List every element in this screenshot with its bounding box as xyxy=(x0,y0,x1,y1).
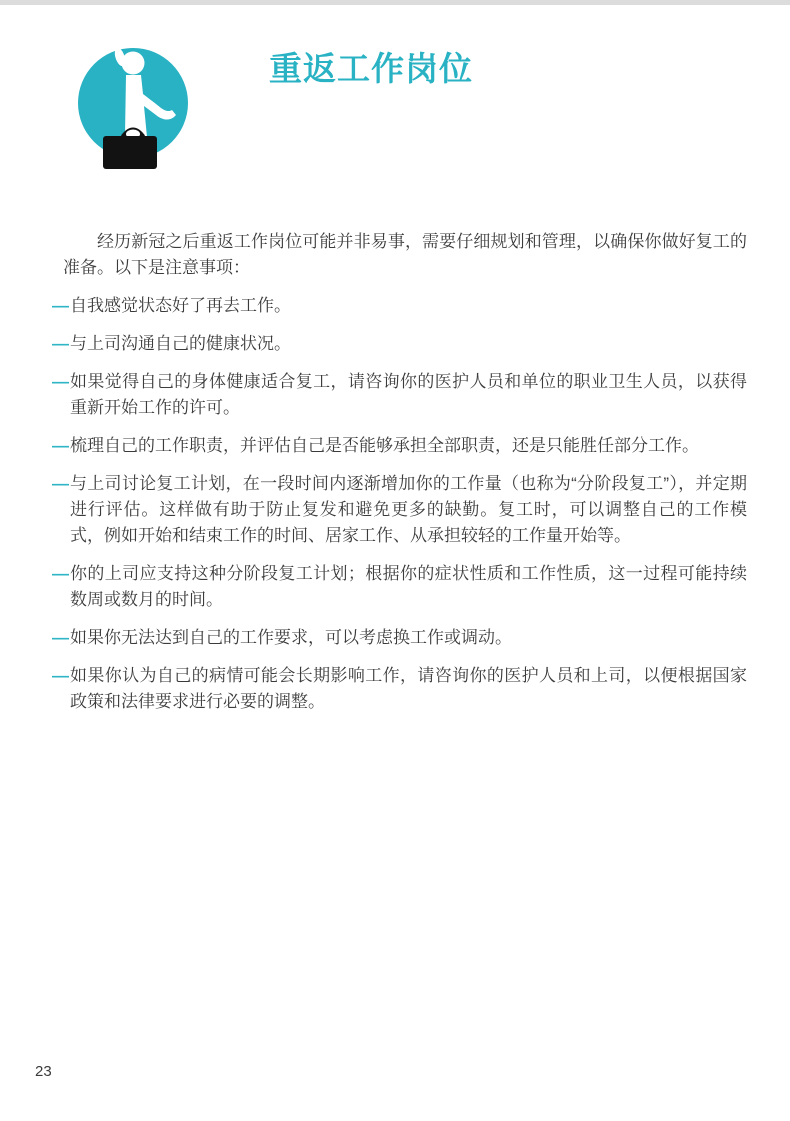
dash-bullet-marker: — xyxy=(52,293,70,319)
bullet-text: 你的上司应支持这种分阶段复工计划；根据你的症状性质和工作性质，这一过程可能持续数… xyxy=(70,561,747,613)
woman-with-briefcase-icon xyxy=(75,45,190,175)
dash-bullet-marker: — xyxy=(52,561,70,587)
page-header: 重返工作岗位 xyxy=(0,5,790,183)
list-item: — 与上司沟通自己的健康状况。 xyxy=(63,331,747,357)
list-item: — 与上司讨论复工计划，在一段时间内逐渐增加你的工作量（也称为“分阶段复工”），… xyxy=(63,471,747,549)
page-number: 23 xyxy=(35,1063,52,1080)
list-item: — 你的上司应支持这种分阶段复工计划；根据你的症状性质和工作性质，这一过程可能持… xyxy=(63,561,747,613)
bullet-text: 与上司沟通自己的健康状况。 xyxy=(70,331,291,357)
bullet-text: 梳理自己的工作职责，并评估自己是否能够承担全部职责，还是只能胜任部分工作。 xyxy=(70,433,699,459)
dash-bullet-marker: — xyxy=(52,433,70,459)
bullet-text: 自我感觉状态好了再去工作。 xyxy=(70,293,291,319)
bullet-list: — 自我感觉状态好了再去工作。 — 与上司沟通自己的健康状况。 — 如果觉得自己… xyxy=(63,293,747,715)
document-page: 重返工作岗位 经历新冠之后重返工作岗位可能并非易事，需要仔细规划和管理，以确保你… xyxy=(0,5,790,1121)
dash-bullet-marker: — xyxy=(52,471,70,497)
list-item: — 自我感觉状态好了再去工作。 xyxy=(63,293,747,319)
bullet-text: 如果觉得自己的身体健康适合复工，请咨询你的医护人员和单位的职业卫生人员，以获得重… xyxy=(70,369,747,421)
dash-bullet-marker: — xyxy=(52,369,70,395)
dash-bullet-marker: — xyxy=(52,625,70,651)
bullet-text: 如果你无法达到自己的工作要求，可以考虑换工作或调动。 xyxy=(70,625,512,651)
bullet-text: 与上司讨论复工计划，在一段时间内逐渐增加你的工作量（也称为“分阶段复工”），并定… xyxy=(70,471,747,549)
dash-bullet-marker: — xyxy=(52,331,70,357)
page-body: 经历新冠之后重返工作岗位可能并非易事，需要仔细规划和管理，以确保你做好复工的准备… xyxy=(0,229,790,715)
dash-bullet-marker: — xyxy=(52,663,70,689)
bullet-text: 如果你认为自己的病情可能会长期影响工作，请咨询你的医护人员和上司，以便根据国家政… xyxy=(70,663,747,715)
list-item: — 梳理自己的工作职责，并评估自己是否能够承担全部职责，还是只能胜任部分工作。 xyxy=(63,433,747,459)
page-title: 重返工作岗位 xyxy=(269,43,473,90)
list-item: — 如果觉得自己的身体健康适合复工，请咨询你的医护人员和单位的职业卫生人员，以获… xyxy=(63,369,747,421)
list-item: — 如果你无法达到自己的工作要求，可以考虑换工作或调动。 xyxy=(63,625,747,651)
list-item: — 如果你认为自己的病情可能会长期影响工作，请咨询你的医护人员和上司，以便根据国… xyxy=(63,663,747,715)
intro-paragraph: 经历新冠之后重返工作岗位可能并非易事，需要仔细规划和管理，以确保你做好复工的准备… xyxy=(63,229,747,281)
